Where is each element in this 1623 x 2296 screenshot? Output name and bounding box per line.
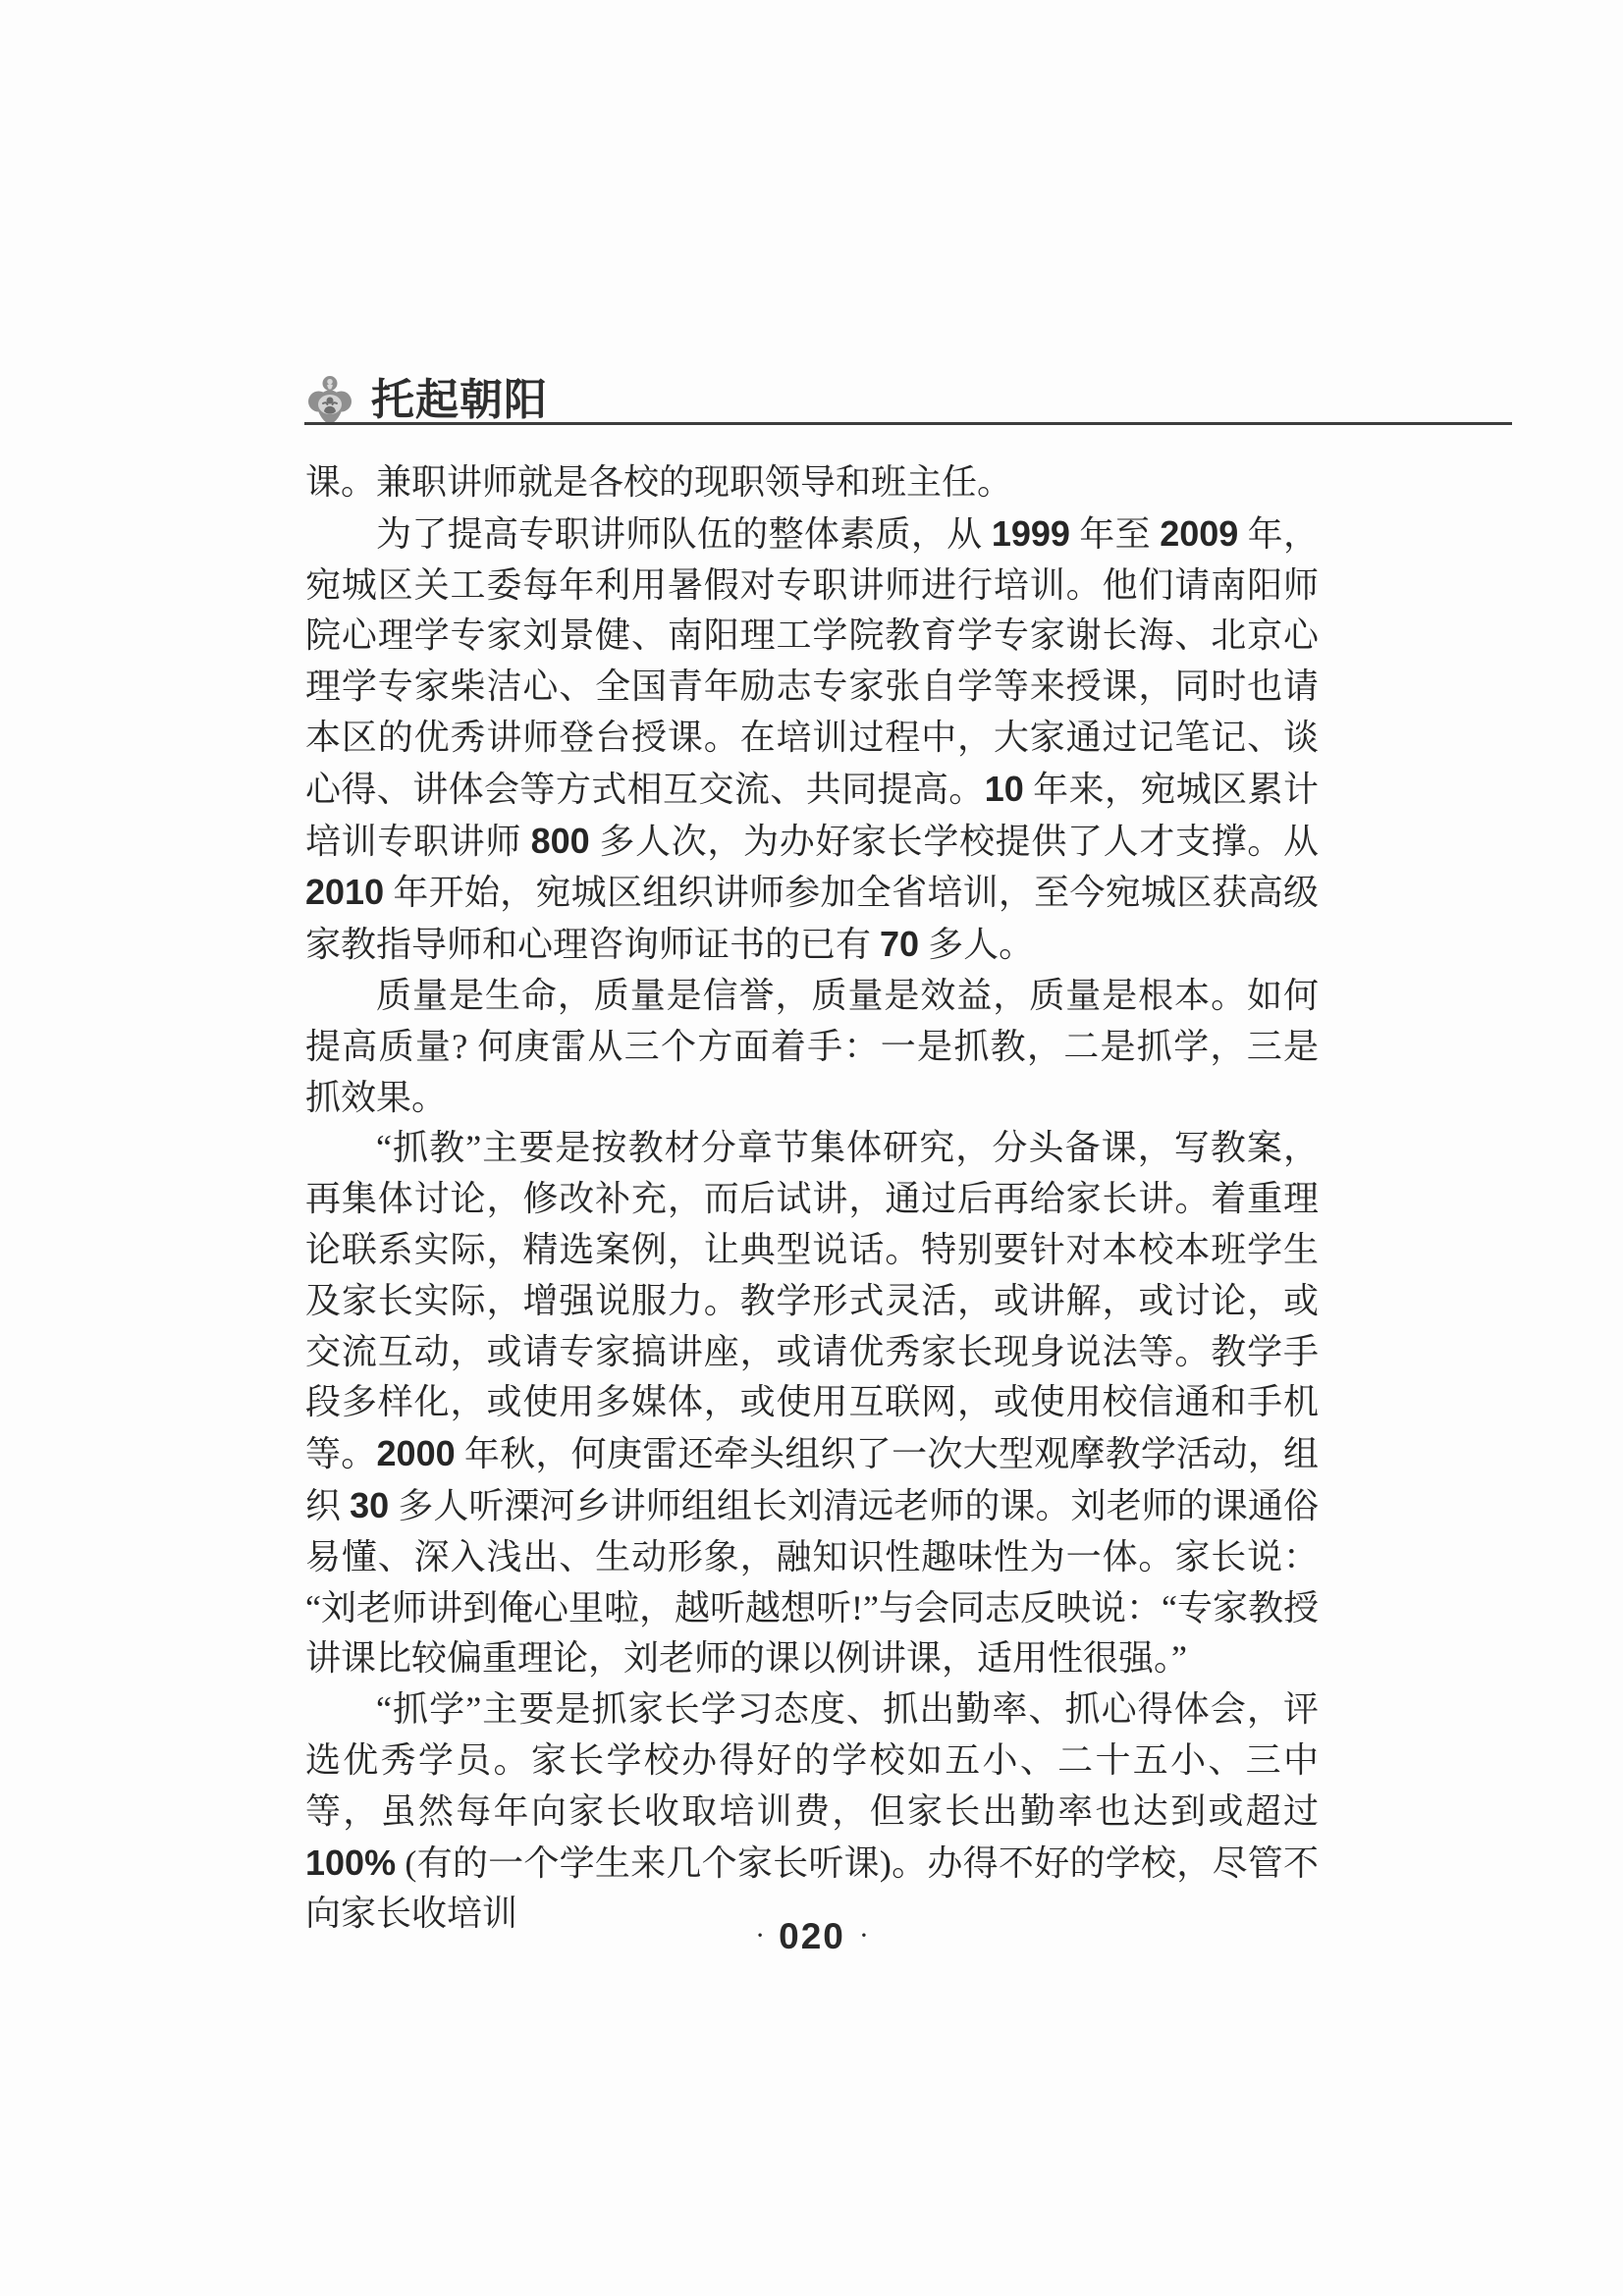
footer-dot-left: · — [755, 1919, 765, 1951]
numeral-text: 2000 — [377, 1433, 456, 1473]
numeral-text: 1999 — [992, 513, 1070, 554]
numeral-text: 2010 — [305, 872, 384, 912]
numeral-text: 10 — [985, 769, 1024, 809]
paragraph-text: 多人听溧河乡讲师组组长刘清远老师的课。刘老师的课通俗易懂、深入浅出、生动形象，融… — [305, 1486, 1319, 1678]
paragraph-text: 课。兼职讲师就是各校的现职领导和班主任。 — [305, 462, 1012, 502]
paragraph: 课。兼职讲师就是各校的现职领导和班主任。 — [305, 457, 1319, 508]
paragraph-text: 多人次，为办好家长学校提供了人才支撑。从 — [590, 822, 1319, 861]
body-text: 课。兼职讲师就是各校的现职领导和班主任。为了提高专职讲师队伍的整体素质，从 19… — [305, 457, 1319, 1940]
paragraph: 为了提高专职讲师队伍的整体素质，从 1999 年至 2009 年，宛城区关工委每… — [305, 508, 1319, 971]
paragraph-text: 多人。 — [919, 925, 1034, 964]
page-footer: ·020· — [305, 1916, 1319, 1957]
paragraph-text: 年至 — [1070, 514, 1160, 554]
paragraph-text: “抓教”主要是按教材分章节集体研究，分头备课，写教案，再集体讨论，修改补充，而后… — [305, 1128, 1319, 1473]
paragraph-text: 年开始，宛城区组织讲师参加全省培训，至今宛城区获高级家教指导师和心理咨询师证书的… — [305, 873, 1319, 964]
numeral-text: 100% — [305, 1842, 396, 1883]
numeral-text: 70 — [880, 924, 919, 964]
footer-dot-right: · — [859, 1919, 869, 1951]
paragraph-text: 年，宛城区关工委每年利用暑假对专职讲师进行培训。他们请南阳师院心理学专家刘景健、… — [305, 514, 1319, 809]
paragraph: “抓学”主要是抓家长学习态度、抓出勤率、抓心得体会，评选优秀学员。家长学校办得好… — [305, 1684, 1319, 1940]
book-page: 托起朝阳 课。兼职讲师就是各校的现职领导和班主任。为了提高专职讲师队伍的整体素质… — [0, 0, 1623, 2296]
numeral-text: 2009 — [1160, 513, 1238, 554]
paragraph: “抓教”主要是按教材分章节集体研究，分头备课，写教案，再集体讨论，修改补充，而后… — [305, 1123, 1319, 1684]
page-header-title: 托起朝阳 — [371, 379, 548, 424]
header-rule — [304, 422, 1512, 425]
page-number: 020 — [779, 1916, 845, 1956]
numeral-text: 800 — [531, 821, 590, 861]
numeral-text: 30 — [350, 1485, 389, 1525]
page-header: 托起朝阳 — [304, 369, 548, 424]
paragraph-text: “抓学”主要是抓家长学习态度、抓出勤率、抓心得体会，评选优秀学员。家长学校办得好… — [305, 1689, 1319, 1831]
paragraph: 质量是生命，质量是信誉，质量是效益，质量是根本。如何提高质量? 何庚雷从三个方面… — [305, 971, 1319, 1123]
paragraph-text: 质量是生命，质量是信誉，质量是效益，质量是根本。如何提高质量? 何庚雷从三个方面… — [305, 976, 1319, 1117]
care-for-next-generation-emblem-icon — [304, 375, 355, 426]
paragraph-text: 为了提高专职讲师队伍的整体素质，从 — [376, 514, 992, 554]
